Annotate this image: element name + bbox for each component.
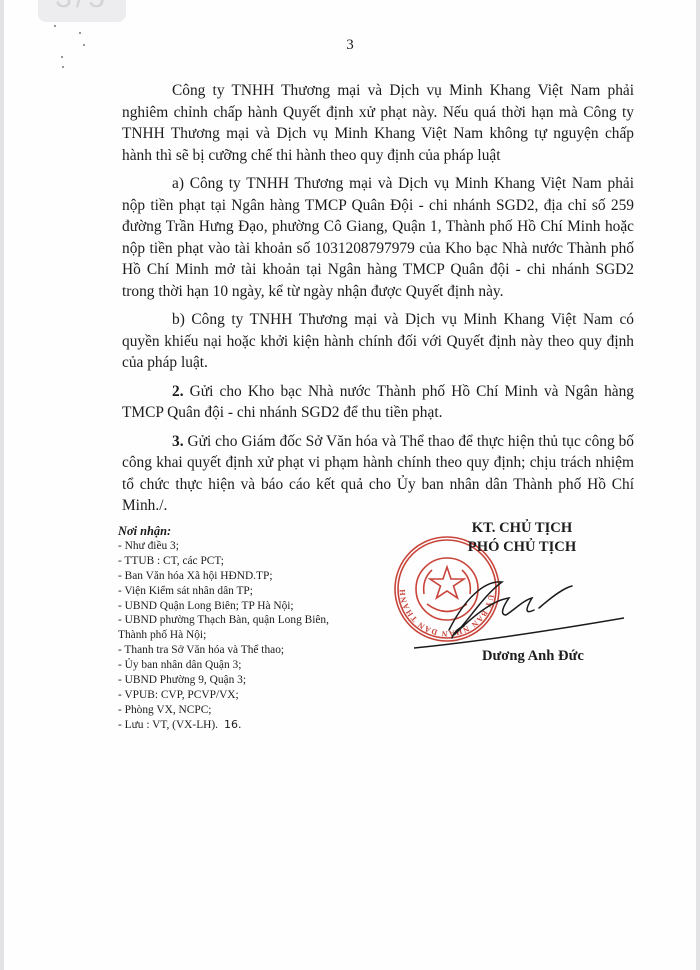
recipient-item: - Ban Văn hóa Xã hội HĐND.TP;: [118, 569, 378, 584]
recipient-item: - UBND phường Thạch Bàn, quận Long Biên,: [118, 613, 378, 628]
page-number: 3: [4, 37, 696, 54]
scan-speck: [62, 66, 64, 68]
recipient-item: - Thanh tra Sở Văn hóa và Thể thao;: [118, 643, 378, 658]
document-page: 3/5 3 Công ty TNHH Thương mại và Dịch vụ…: [4, 0, 696, 970]
paragraph-item-a: a) Công ty TNHH Thương mại và Dịch vụ Mi…: [122, 173, 634, 302]
handwritten-count-note: 16.: [224, 718, 242, 731]
recipient-item: - Viện Kiểm sát nhân dân TP;: [118, 584, 378, 599]
scan-speck: [61, 56, 63, 58]
signatory-title-line2: PHÓ CHỦ TỊCH: [432, 539, 612, 556]
recipient-item: - VPUB: CVP, PCVP/VX;: [118, 688, 378, 703]
recipient-item: - Lưu : VT, (VX-LH).16.: [118, 718, 378, 733]
paragraph-item-b: b) Công ty TNHH Thương mại và Dịch vụ Mi…: [122, 309, 634, 374]
recipient-item: - Phòng VX, NCPC;: [118, 703, 378, 718]
recipient-item: - Như điều 3;: [118, 539, 378, 554]
recipients-list: - Như điều 3;- TTUB : CT, các PCT;- Ban …: [118, 539, 378, 733]
handwritten-signature-icon: [414, 560, 624, 650]
paragraph-compliance: Công ty TNHH Thương mại và Dịch vụ Minh …: [122, 80, 634, 166]
page-counter-overlay: 3/5: [38, 0, 126, 22]
signer-name: Dương Anh Đức: [482, 648, 622, 665]
recipient-item: - Ủy ban nhân dân Quận 3;: [118, 658, 378, 673]
decision-body: Công ty TNHH Thương mại và Dịch vụ Minh …: [122, 80, 634, 517]
paragraph-article-3: 3. Gửi cho Giám đốc Sở Văn hóa và Thể th…: [122, 431, 634, 517]
recipient-item: - TTUB : CT, các PCT;: [118, 554, 378, 569]
signature-block: ỦY BAN NHÂN DÂN THÀNH PHỐ HỒ CHÍ MINH KT…: [384, 510, 624, 670]
article-number: 2.: [172, 383, 184, 400]
recipient-item: Thành phố Hà Nội;: [118, 628, 378, 643]
signatory-title-line1: KT. CHỦ TỊCH: [432, 520, 612, 537]
article-number: 3.: [172, 433, 184, 450]
recipient-item: - UBND Quận Long Biên; TP Hà Nội;: [118, 599, 378, 614]
paragraph-article-2: 2. Gửi cho Kho bạc Nhà nước Thành phố Hồ…: [122, 381, 634, 424]
scan-speck: [54, 25, 56, 27]
recipients-block: Nơi nhận: - Như điều 3;- TTUB : CT, các …: [118, 524, 378, 733]
recipient-item: - UBND Phường 9, Quận 3;: [118, 673, 378, 688]
recipients-heading: Nơi nhận:: [118, 524, 378, 539]
scan-speck: [79, 32, 81, 34]
